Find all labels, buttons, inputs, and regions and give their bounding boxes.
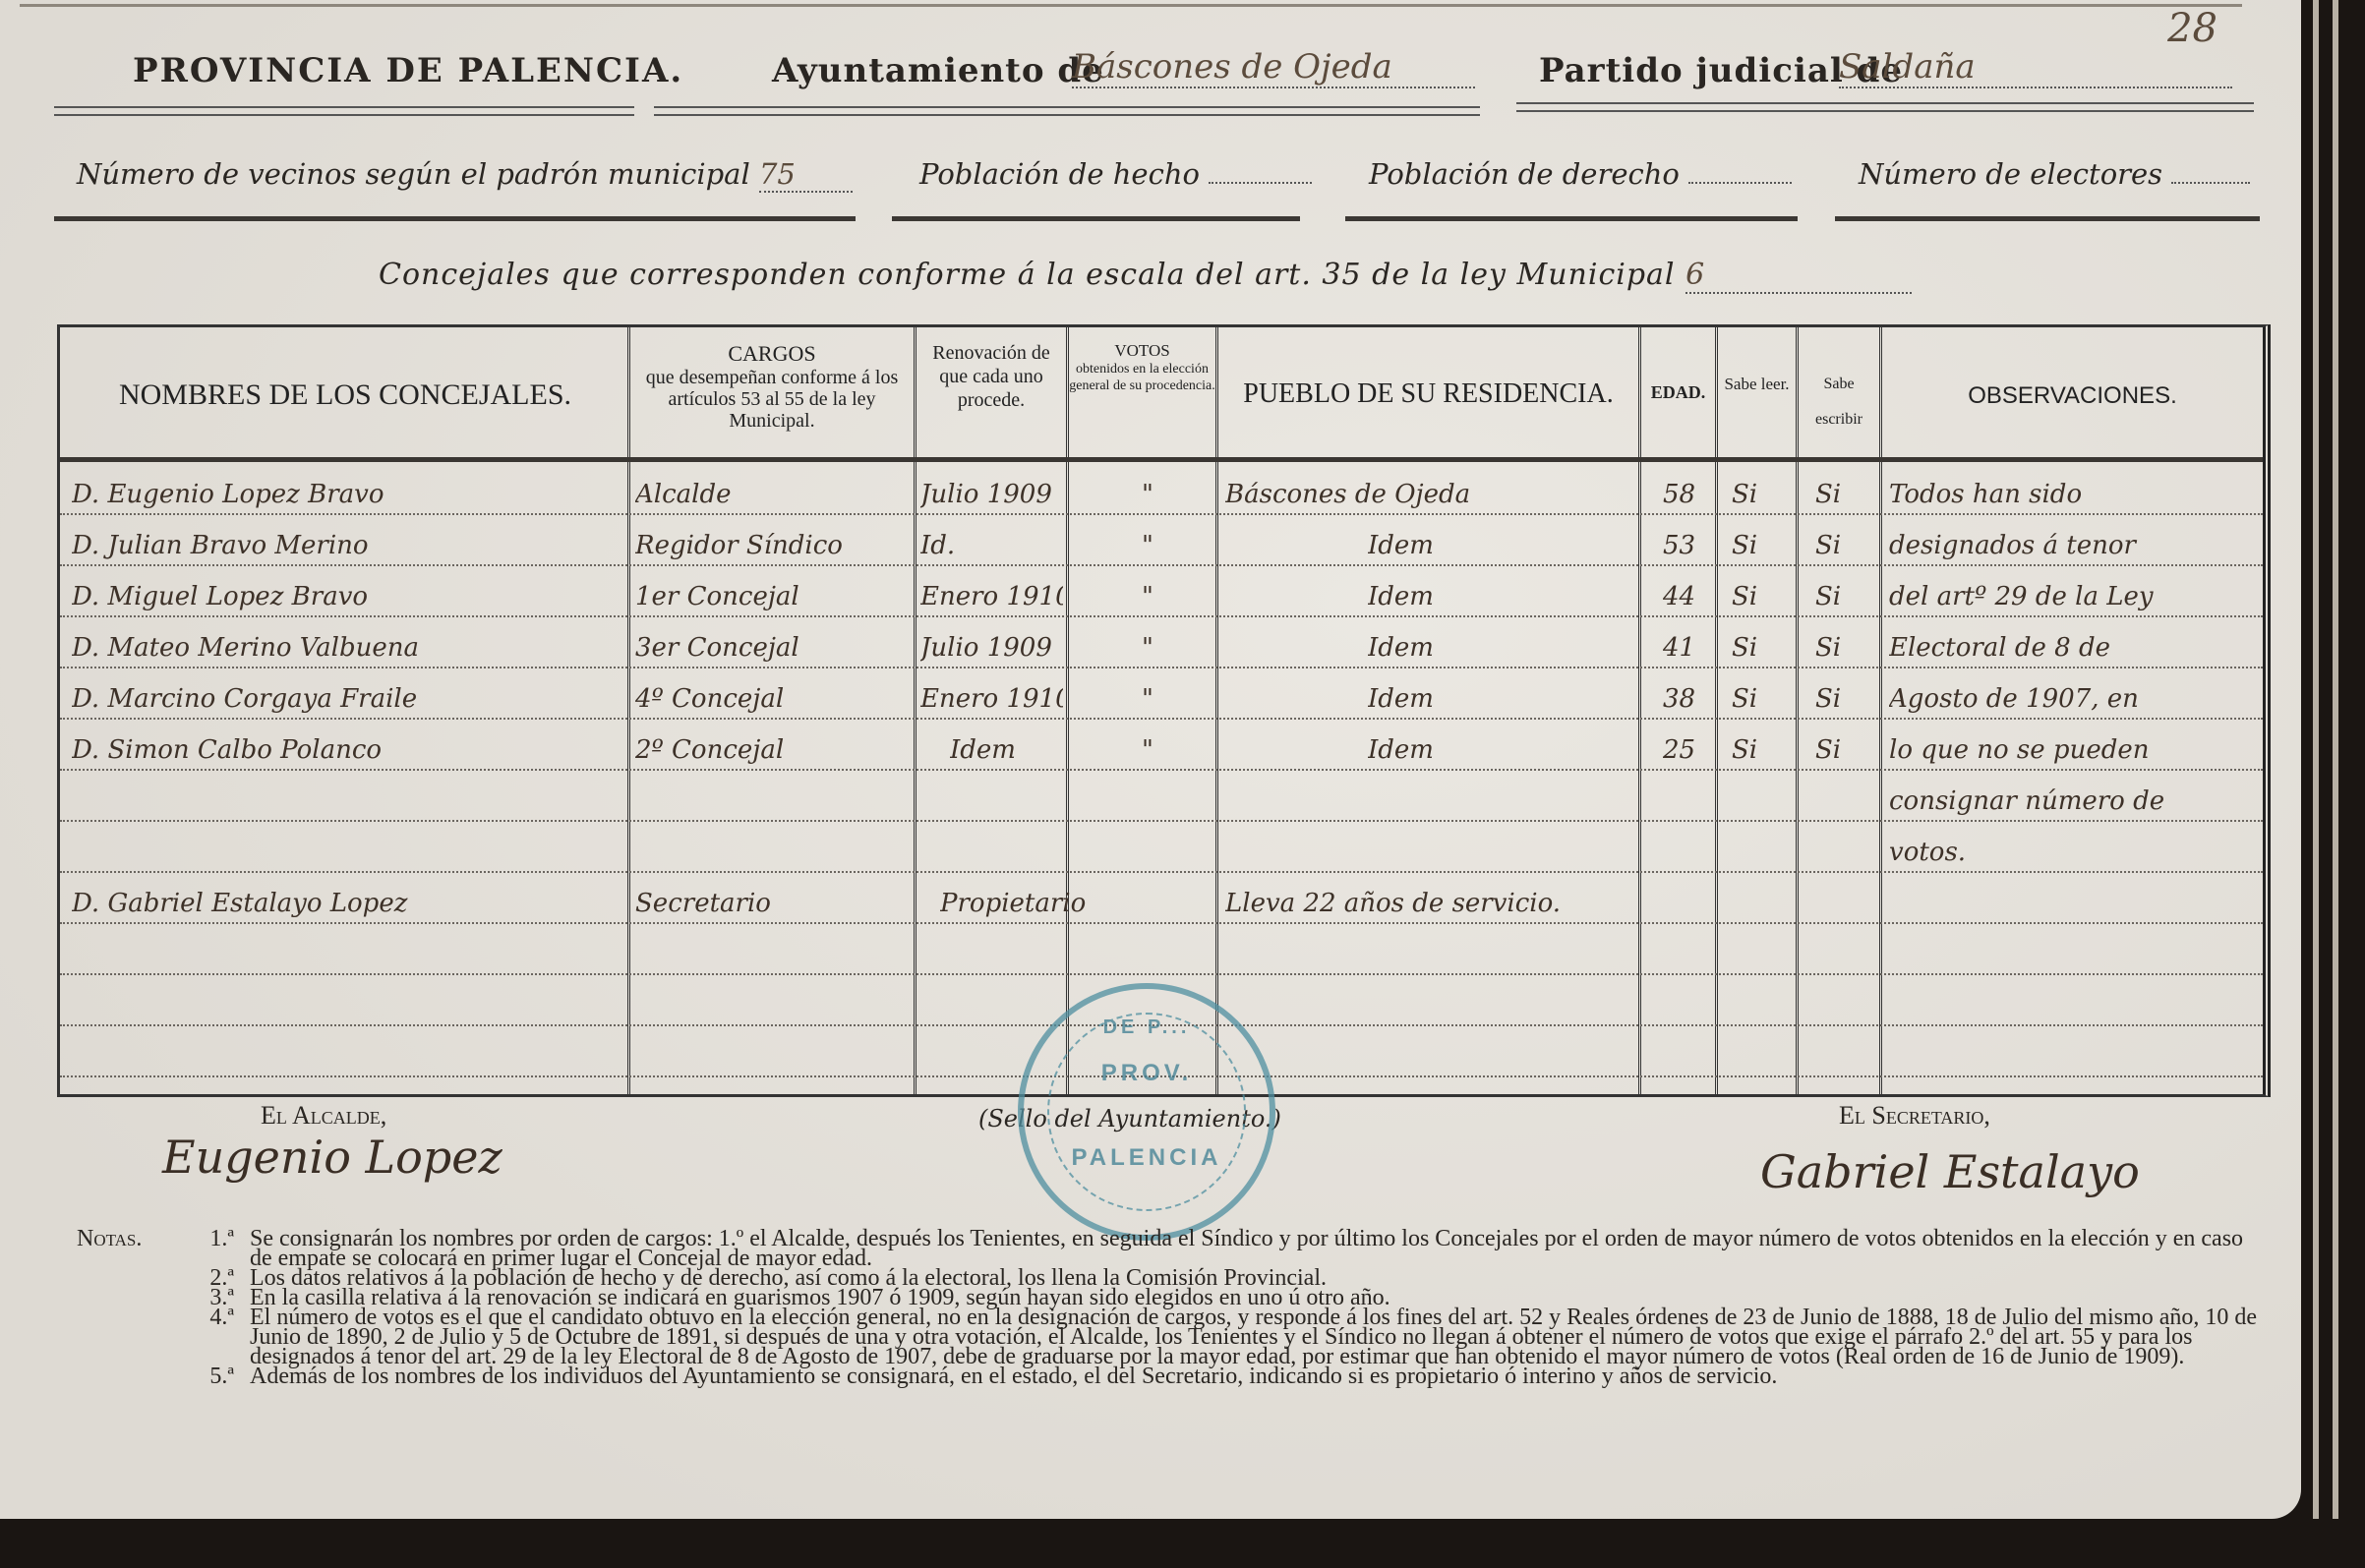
cell-observaciones: votos. (1889, 838, 2258, 867)
cell-pueblo: Báscones de Ojeda (1225, 480, 1633, 509)
cell-observaciones: designados á tenor (1889, 531, 2258, 560)
seal-text-top: DE P... (1024, 1016, 1270, 1039)
cell-renovacion: Julio 1909 (920, 633, 1063, 663)
vecinos-label: Número de vecinos según el padrón munici… (77, 157, 750, 191)
table-row: D. Eugenio Lopez Bravo Alcalde Julio 190… (60, 462, 2263, 515)
cell-nombre: D. Eugenio Lopez Bravo (72, 480, 622, 509)
header-votos-sub: obtenidos en la elección general de su p… (1069, 361, 1215, 394)
cell-leer: Si (1732, 480, 1791, 509)
cell-leer: Si (1732, 735, 1791, 765)
alcalde-label: El Alcalde, (261, 1101, 386, 1131)
cell-leer: Si (1732, 684, 1791, 714)
hecho-field: Población de hecho (919, 157, 1312, 191)
header-cargos-sub: que desempeñan conforme á los artículos … (630, 367, 914, 432)
header-renovacion: Renovación de que cada uno procede. (916, 341, 1066, 412)
cell-pueblo: Lleva 22 años de servicio. (1225, 889, 1815, 918)
top-border (20, 4, 2242, 11)
header-votos: VOTOS obtenidos en la elección general d… (1069, 341, 1215, 394)
cell-nombre: D. Gabriel Estalayo Lopez (72, 889, 622, 918)
cell-cargo: 3er Concejal (635, 633, 911, 663)
vecinos-field: Número de vecinos según el padrón munici… (77, 157, 853, 193)
divider (892, 216, 1300, 221)
electores-label: Número de electores (1859, 157, 2162, 191)
cell-escribir: Si (1815, 531, 1874, 560)
cell-pueblo: Idem (1368, 531, 1633, 560)
cell-renovacion: Id. (920, 531, 1063, 560)
cell-observaciones: del artº 29 de la Ley (1889, 582, 2258, 611)
cell-nombre: D. Marcino Corgaya Fraile (72, 684, 622, 714)
cell-cargo: 4º Concejal (635, 684, 911, 714)
header-edad: EDAD. (1641, 382, 1715, 403)
secretario-label: El Secretario, (1839, 1101, 1990, 1131)
cell-escribir: Si (1815, 684, 1874, 714)
document-page: 28 PROVINCIA DE PALENCIA. Ayuntamiento d… (0, 0, 2301, 1519)
cell-observaciones: lo que no se pueden (1889, 735, 2258, 765)
cell-votos: " (1142, 531, 1201, 560)
cell-renovacion: Julio 1909 (920, 480, 1063, 509)
note-number: 2.ª (155, 1268, 250, 1288)
cell-edad: 25 (1663, 735, 1712, 765)
cell-votos: " (1142, 684, 1201, 714)
note-number: 5.ª (155, 1366, 250, 1386)
header-nombres: NOMBRES DE LOS CONCEJALES. (70, 378, 621, 412)
note-text: El número de votos es el que el candidat… (250, 1307, 2260, 1366)
electores-field: Número de electores (1859, 157, 2250, 191)
table-row: D. Mateo Merino Valbuena 3er Concejal Ju… (60, 615, 2263, 668)
divider (1516, 102, 2254, 112)
header-cargos-title: CARGOS (630, 341, 914, 367)
cell-edad: 58 (1663, 480, 1712, 509)
cell-escribir: Si (1815, 633, 1874, 663)
hecho-value (1209, 182, 1312, 184)
cell-nombre: D. Julian Bravo Merino (72, 531, 622, 560)
divider (54, 106, 634, 116)
divider (654, 106, 1480, 116)
concejales-table: NOMBRES DE LOS CONCEJALES. CARGOS que de… (57, 324, 2271, 1097)
cell-escribir: Si (1815, 735, 1874, 765)
vecinos-value: 75 (759, 157, 853, 193)
municipal-seal-stamp: DE P... PROV. PALENCIA (1018, 983, 1275, 1241)
page-edge (2313, 0, 2319, 1519)
cell-edad: 44 (1663, 582, 1712, 611)
cell-pueblo: Idem (1368, 582, 1633, 611)
province-title: PROVINCIA DE PALENCIA. (133, 51, 683, 90)
cell-escribir: Si (1815, 480, 1874, 509)
table-row: D. Gabriel Estalayo Lopez Secretario Pro… (60, 871, 2263, 924)
cell-votos: " (1142, 480, 1201, 509)
notes-list: 1.ªSe consignarán los nombres por orden … (155, 1229, 2260, 1386)
concejales-label: Concejales que corresponden conforme á l… (379, 258, 1676, 292)
cell-edad: 41 (1663, 633, 1712, 663)
cell-observaciones: Electoral de 8 de (1889, 633, 2258, 663)
cell-observaciones: Todos han sido (1889, 480, 2258, 509)
cell-nombre: D. Miguel Lopez Bravo (72, 582, 622, 611)
note-text: Además de los nombres de los individuos … (250, 1366, 2260, 1386)
table-row: D. Simon Calbo Polanco 2º Concejal Idem … (60, 718, 2263, 771)
alcalde-signature: Eugenio Lopez (162, 1131, 503, 1184)
header-leer: Sabe leer. (1718, 367, 1796, 402)
cell-nombre: D. Simon Calbo Polanco (72, 735, 622, 765)
cell-cargo: 2º Concejal (635, 735, 911, 765)
cell-edad: 53 (1663, 531, 1712, 560)
secretario-signature: Gabriel Estalayo (1760, 1145, 2140, 1198)
cell-votos: " (1142, 582, 1201, 611)
header-cargos: CARGOS que desempeñan conforme á los art… (630, 341, 914, 432)
cell-votos: " (1142, 633, 1201, 663)
table-row: consignar número de (60, 769, 2263, 822)
cell-leer: Si (1732, 633, 1791, 663)
ayuntamiento-value: Báscones de Ojeda (1072, 47, 1475, 88)
cell-edad: 38 (1663, 684, 1712, 714)
cell-renovacion: Propietario (940, 889, 1235, 918)
cell-renovacion: Idem (950, 735, 1063, 765)
concejales-line: Concejales que corresponden conforme á l… (379, 258, 1912, 294)
cell-leer: Si (1732, 531, 1791, 560)
table-row (60, 922, 2263, 975)
cell-cargo: 1er Concejal (635, 582, 911, 611)
cell-pueblo: Idem (1368, 633, 1633, 663)
hecho-label: Población de hecho (919, 157, 1200, 191)
note-item: 4.ªEl número de votos es el que el candi… (155, 1307, 2260, 1366)
concejales-value: 6 (1685, 258, 1912, 294)
note-text: Se consignarán los nombres por orden de … (250, 1229, 2260, 1268)
header-votos-title: VOTOS (1069, 341, 1215, 361)
cell-nombre: D. Mateo Merino Valbuena (72, 633, 622, 663)
derecho-field: Población de derecho (1369, 157, 1792, 191)
derecho-label: Población de derecho (1369, 157, 1680, 191)
header-pueblo: PUEBLO DE SU RESIDENCIA. (1218, 378, 1638, 410)
page-edge (2333, 0, 2338, 1519)
note-item: 1.ªSe consignarán los nombres por orden … (155, 1229, 2260, 1268)
note-number: 4.ª (155, 1307, 250, 1366)
divider (1835, 216, 2260, 221)
table-row: D. Marcino Corgaya Fraile 4º Concejal En… (60, 667, 2263, 720)
notes-title: Notas. (77, 1229, 165, 1249)
cell-pueblo: Idem (1368, 735, 1633, 765)
divider (1345, 216, 1798, 221)
ayuntamiento-label: Ayuntamiento de (772, 51, 1104, 90)
cell-cargo: Regidor Síndico (635, 531, 911, 560)
cell-renovacion: Enero 1910 (920, 684, 1063, 714)
table-row: D. Miguel Lopez Bravo 1er Concejal Enero… (60, 564, 2263, 617)
table-row: votos. (60, 820, 2263, 873)
header-observaciones: OBSERVACIONES. (1882, 382, 2263, 410)
divider (54, 216, 856, 221)
cell-observaciones: consignar número de (1889, 786, 2258, 816)
header-escribir: Sabe escribir (1799, 367, 1879, 437)
cell-leer: Si (1732, 582, 1791, 611)
cell-cargo: Alcalde (635, 480, 911, 509)
cell-observaciones: Agosto de 1907, en (1889, 684, 2258, 714)
seal-text-middle: PROV. (1024, 1060, 1270, 1087)
cell-renovacion: Enero 1910 (920, 582, 1063, 611)
notes-section: Notas. 1.ªSe consignarán los nombres por… (77, 1229, 2260, 1386)
seal-text-bottom: PALENCIA (1024, 1144, 1270, 1172)
seal-inner-ring (1047, 1013, 1246, 1211)
partido-value: Saldaña (1839, 47, 2232, 88)
cell-pueblo: Idem (1368, 684, 1633, 714)
page-number: 28 (2167, 6, 2217, 51)
note-item: 5.ªAdemás de los nombres de los individu… (155, 1366, 2260, 1386)
note-number: 1.ª (155, 1229, 250, 1268)
cell-cargo: Secretario (635, 889, 911, 918)
note-number: 3.ª (155, 1288, 250, 1307)
electores-value (2171, 182, 2250, 184)
cell-votos: " (1142, 735, 1201, 765)
cell-escribir: Si (1815, 582, 1874, 611)
derecho-value (1688, 182, 1792, 184)
table-row: D. Julian Bravo Merino Regidor Síndico I… (60, 513, 2263, 566)
